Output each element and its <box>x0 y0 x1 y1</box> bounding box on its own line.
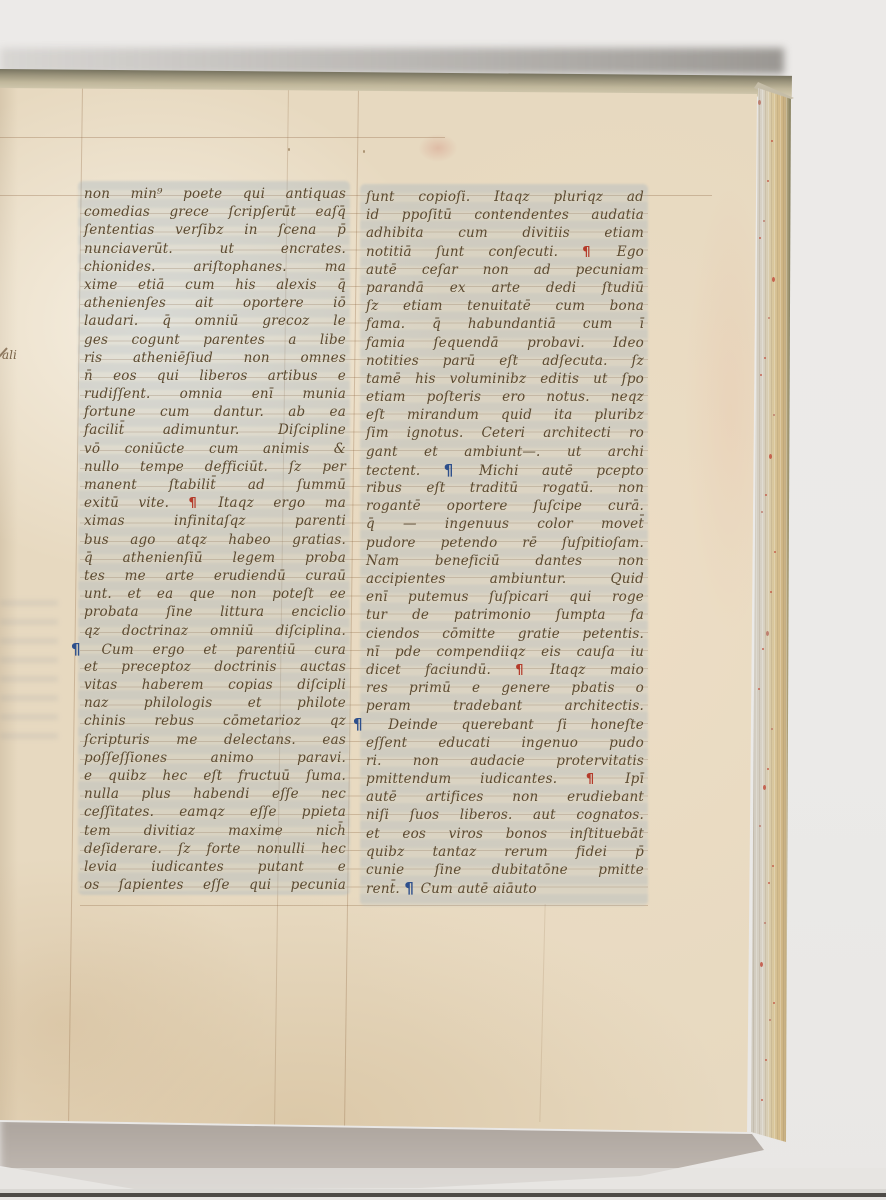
capitulum-mark-blue: ¶ <box>353 715 363 733</box>
edge-stain-speck <box>772 865 774 867</box>
edge-stain-speck <box>774 551 776 553</box>
parchment-page: ali non min⁹ poete qui antiquascomedias … <box>0 84 758 1136</box>
edge-stain-speck <box>758 688 760 690</box>
edge-stain-speck <box>762 648 764 650</box>
text-line: chinis rebus cōmetarioz qz <box>84 712 346 730</box>
fore-edge-streaks <box>750 86 792 1144</box>
edge-stain-speck <box>767 768 769 770</box>
text-line: manent ſtabilit̄ ad ſummū <box>84 476 346 494</box>
text-line: nī pde compendiiqz eis cauſa iu <box>366 643 644 661</box>
text-line: ges cogunt parentes a libe <box>84 331 346 349</box>
text-line: parandā ex arte dedi ſtudiū <box>366 279 644 297</box>
text-line: qz doctrinaz omniū diſciplina. <box>84 622 346 640</box>
text-line: autē ceſar non ad pecuniam <box>366 261 644 279</box>
edge-stain-speck <box>759 825 761 827</box>
edge-stain-speck <box>768 882 770 884</box>
text-line: notitiā ſunt conſecuti. ¶ Ego <box>366 243 644 261</box>
text-line: deſiderare. ſz forte nonulli hec <box>84 840 346 858</box>
text-line: fama. q̄ habundantiā cum ī <box>366 315 644 333</box>
edge-stain-speck <box>769 454 772 459</box>
text-line: pmittendum iudicantes. ¶ Ipī <box>366 770 644 788</box>
edge-stain-speck <box>761 511 763 513</box>
text-line: e quibz hec eſt fructuū ſuma. <box>84 767 346 785</box>
edge-stain-speck <box>765 1059 767 1061</box>
manuscript-photo: ali non min⁹ poete qui antiquascomedias … <box>0 0 886 1200</box>
text-line: niſi ſuos liberos. aut cognatos. <box>366 806 644 824</box>
text-line: non min⁹ poete qui antiquas <box>84 185 346 203</box>
text-line: q̄ — ingenuus color movet̄ <box>366 515 644 533</box>
capitulum-mark-blue: ¶ <box>404 879 414 897</box>
parchment-crease <box>539 904 545 1122</box>
text-line: eſt mirandum quid ita pluribz <box>366 406 644 424</box>
text-line: probata ſine littura enciclio <box>84 603 346 621</box>
text-line: tectent. ¶ Michi autē pcepto <box>366 461 644 479</box>
capitulum-mark-red: ¶ <box>515 663 523 678</box>
edge-stain-speck <box>760 374 762 376</box>
text-line: levia iudicantes putant e <box>84 858 346 876</box>
text-line: ri. non audacie protervitatis <box>366 752 644 770</box>
edge-stain-speck <box>764 357 766 359</box>
text-line: ris atheniēſiud non omnes <box>84 349 346 367</box>
ruling-line-horizontal <box>0 137 445 138</box>
text-line: athenienſes ait oportere iō <box>84 294 346 312</box>
text-line: gant et ambiunt—. ut archi <box>366 443 644 461</box>
text-line: rent̄. ¶ Cum autē aiāuto <box>366 879 644 897</box>
text-line: ſunt copioſi. Itaqz pluriqz ad <box>366 188 644 206</box>
text-line: ceſſitates. eamqz eſſe ppieta <box>84 803 346 821</box>
text-line: unt. et ea que non poteſt ee <box>84 585 346 603</box>
text-line: quibz tantaz rerum fidei p̄ <box>366 843 644 861</box>
text-line: nullo tempe defficiūt. ſz per <box>84 458 346 476</box>
text-line: n̄ eos qui liberos artibus e <box>84 367 346 385</box>
edge-stain-speck <box>771 140 773 142</box>
text-line: facilit̄ adimuntur. Diſcipline <box>84 421 346 439</box>
edge-stain-speck <box>761 1099 763 1101</box>
edge-stain-speck <box>771 728 773 730</box>
edge-stain-speck <box>770 591 772 593</box>
text-line: et preceptoz doctrinis auctas <box>84 658 346 676</box>
text-line: id ppoſitū contendentes audatia <box>366 206 644 224</box>
text-line: et eos viros bonos inſtituebāt <box>366 825 644 843</box>
text-line: rudiſſent. omnia enī munia <box>84 385 346 403</box>
text-line: ¶ Deinde querebant ſi honeſte <box>366 715 644 733</box>
text-line: peram tradebant architectis. <box>366 697 644 715</box>
text-line: laudari. q̄ omniū grecoz le <box>84 312 346 330</box>
edge-stain-speck <box>773 1002 775 1004</box>
edge-stain-speck <box>759 237 761 239</box>
text-line: autē artifices non erudiebant <box>366 788 644 806</box>
edge-stain-speck <box>760 962 763 967</box>
edge-stain-speck <box>758 100 761 105</box>
capitulum-mark-red: ¶ <box>586 772 594 787</box>
capitulum-mark-blue: ¶ <box>71 640 81 658</box>
book-fore-edge <box>750 86 792 1144</box>
text-column-1: non min⁹ poete qui antiquascomedias grec… <box>84 185 346 894</box>
edge-stain-speck <box>764 922 766 924</box>
text-line: ribus eſt traditū rogatū. non <box>366 479 644 497</box>
edge-stain-speck <box>763 785 766 790</box>
text-line: rogantē oportere ſuſcipe curā. <box>366 497 644 515</box>
text-line: naz philologis et philote <box>84 694 346 712</box>
edge-stain-speck <box>772 277 775 282</box>
text-line: ſz etiam tenuitatē cum bona <box>366 297 644 315</box>
capitulum-mark-blue: ¶ <box>444 461 454 479</box>
text-line: tamē his voluminibz editis ut ſpo <box>366 370 644 388</box>
text-line: dicet faciundū. ¶ Itaqz maio <box>366 661 644 679</box>
text-line: ¶ Cum ergo et parentiū cura <box>84 640 346 658</box>
text-line: ſim ignotus. Ceteri architecti ro <box>366 424 644 442</box>
text-column-2: ſunt copioſi. Itaqz pluriqz adid ppoſitū… <box>366 188 644 897</box>
text-line: cunie ſine dubitatōne pmitte <box>366 861 644 879</box>
text-line: bus ago atqz habeo gratias. <box>84 531 346 549</box>
show-through-ghost-text <box>0 600 58 750</box>
text-line: poſſeſſiones animo paravi. <box>84 749 346 767</box>
table-edge-line <box>0 1193 886 1197</box>
edge-stain-speck <box>763 220 765 222</box>
pricking-mark <box>363 150 365 153</box>
edge-stain-speck <box>765 494 767 496</box>
text-line: exitū vite. ¶ Itaqz ergo ma <box>84 494 346 512</box>
text-line: famia ſequendā probavi. Ideo <box>366 334 644 352</box>
text-line: pudore petendo rē ſuſpitioſam. <box>366 534 644 552</box>
edge-stain-speck <box>767 180 769 182</box>
text-line: vitas haberem copias diſcipli <box>84 676 346 694</box>
marginal-note: ali <box>2 348 17 362</box>
text-line: tes me arte erudiendū curaū <box>84 567 346 585</box>
text-line: ſcripturis me delectans. eas <box>84 731 346 749</box>
text-line: notities parū eſt adſecuta. ſz <box>366 352 644 370</box>
capitulum-mark-red: ¶ <box>189 496 197 511</box>
text-line: accipientes ambiuntur. Quid <box>366 570 644 588</box>
text-line: xime etiā cum his alexis q̄ <box>84 276 346 294</box>
text-line: ximas infinitaſqz parenti <box>84 512 346 530</box>
text-line: chionides. ariſtophanes. ma <box>84 258 346 276</box>
text-line: q̄ athenienſiū legem proba <box>84 549 346 567</box>
text-line: vō coniūcte cum animis & <box>84 440 346 458</box>
edge-stain-speck <box>766 631 769 636</box>
text-line: adhibita cum divitiis etiam <box>366 224 644 242</box>
text-line: nunciaverūt. ut encrates. <box>84 240 346 258</box>
text-line: tem divitiaz maxime nich̄ <box>84 822 346 840</box>
edge-stain-speck <box>768 317 770 319</box>
text-line: comedias grece ſcripſerūt eaſq̄ <box>84 203 346 221</box>
text-line: ciendos cōmitte gratie petentis. <box>366 625 644 643</box>
edge-stain-speck <box>769 1019 771 1021</box>
text-line: nulla plus habendi eſſe nec <box>84 785 346 803</box>
text-line: enī putemus ſuſpicari qui roge <box>366 588 644 606</box>
text-line: tur de patrimonio ſumpta fa <box>366 606 644 624</box>
text-line: eſſent educati ingenuo pudo <box>366 734 644 752</box>
capitulum-mark-red: ¶ <box>582 245 590 260</box>
text-line: ſententias verſibz in ſcena p̄ <box>84 221 346 239</box>
text-line: fortune cum dantur. ab ea <box>84 403 346 421</box>
pricking-mark <box>288 148 290 151</box>
text-line: res primū e genere pbatis o <box>366 679 644 697</box>
text-line: etiam poſteris ero notus. neqz <box>366 388 644 406</box>
edge-stain-speck <box>773 414 775 416</box>
text-line: os ſapientes eſſe qui pecunia <box>84 876 346 894</box>
text-line: Nam beneficiū dantes non <box>366 552 644 570</box>
